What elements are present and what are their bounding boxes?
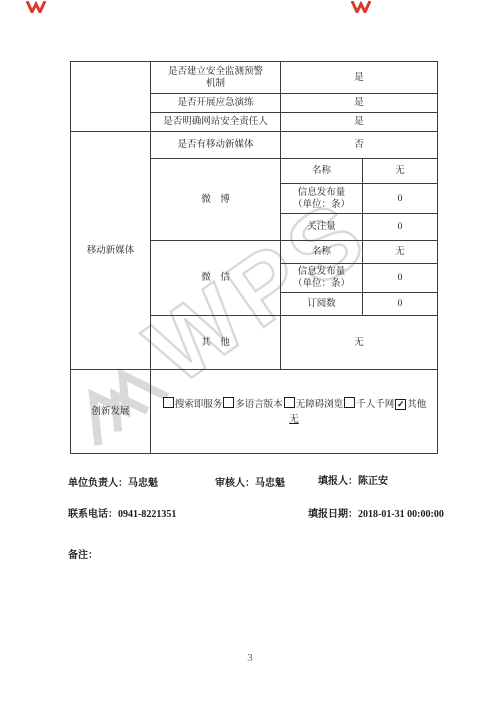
page-number: 3 [0, 652, 500, 664]
wechat-posts-value: 0 [363, 264, 438, 293]
weibo-posts-label: 信息发布量 （单位：条） [281, 184, 363, 214]
wechat-posts-label: 信息发布量 （单位：条） [281, 264, 363, 293]
weibo-name-label: 名称 [281, 159, 363, 184]
weibo-followers-value: 0 [363, 214, 438, 241]
section-label-innovation: 创新发展 [71, 370, 151, 454]
reviewer: 审核人：马忠魁 [215, 474, 285, 489]
checkbox-search-service[interactable] [163, 397, 174, 408]
checkbox-accessibility[interactable] [284, 397, 295, 408]
emergency-drill-label: 是否开展应急演练 [151, 94, 281, 113]
annual-report-table: 是否建立安全监测预警 机制 是 是否开展应急演练 是 是否明确网站安全责任人 是… [70, 61, 438, 454]
wechat-name-value: 无 [363, 241, 438, 264]
weibo-name-value: 无 [363, 159, 438, 184]
weibo-posts-value: 0 [363, 184, 438, 214]
emergency-drill-value: 是 [281, 94, 438, 113]
filler: 填报人：陈正安 [318, 472, 388, 487]
checkbox-other[interactable] [395, 399, 406, 410]
remarks-label: 备注： [68, 546, 98, 561]
security-warning-value: 是 [281, 62, 438, 94]
innovation-checkbox-line: 搜索即服务多语言版本无障碍浏览千人千网其他 [153, 397, 435, 411]
checkbox-multilingual[interactable] [223, 397, 234, 408]
innovation-other-value: 无 [289, 415, 299, 425]
red-logo-mark-left [26, 1, 46, 13]
wechat-label: 微 信 [151, 241, 281, 316]
report-date: 填报日期：2018-01-31 00:00:00 [308, 505, 444, 520]
innovation-options-cell: 搜索即服务多语言版本无障碍浏览千人千网其他 无 [151, 370, 438, 454]
unit-head: 单位负责人：马忠魁 [68, 474, 158, 489]
other-media-value: 无 [281, 316, 438, 370]
section-label-empty [71, 62, 151, 132]
document-page: WPS 是否建立安全监测预警 机制 是 是否开展应急演练 是 是否明确网站安全责… [0, 0, 500, 707]
wechat-name-label: 名称 [281, 241, 363, 264]
wechat-subs-label: 订阅数 [281, 293, 363, 316]
security-officer-value: 是 [281, 113, 438, 132]
security-warning-label: 是否建立安全监测预警 机制 [151, 62, 281, 94]
has-mobile-media-label: 是否有移动新媒体 [151, 132, 281, 159]
checkbox-search-service-label: 搜索即服务 [175, 400, 223, 410]
section-label-mobile-media: 移动新媒体 [71, 132, 151, 370]
other-media-label: 其 他 [151, 316, 281, 370]
weibo-label: 微 博 [151, 159, 281, 241]
checkbox-multilingual-label: 多语言版本 [235, 400, 283, 410]
has-mobile-media-value: 否 [281, 132, 438, 159]
checkbox-personalized-label: 千人千网 [356, 400, 394, 410]
checkbox-accessibility-label: 无障碍浏览 [296, 400, 344, 410]
checkbox-other-label: 其他 [407, 400, 426, 410]
checkbox-personalized[interactable] [344, 397, 355, 408]
weibo-followers-label: 关注量 [281, 214, 363, 241]
security-officer-label: 是否明确网站安全责任人 [151, 113, 281, 132]
contact-phone: 联系电话：0941-8221351 [68, 505, 176, 520]
wechat-subs-value: 0 [363, 293, 438, 316]
red-logo-mark-right [351, 1, 371, 13]
